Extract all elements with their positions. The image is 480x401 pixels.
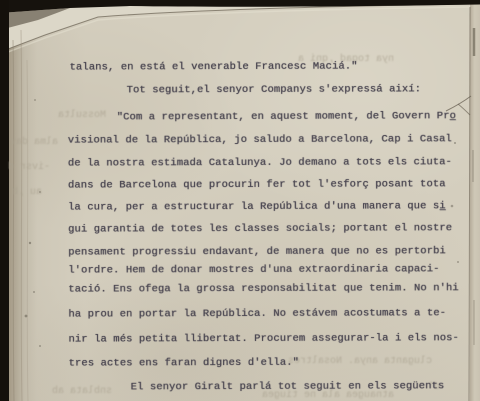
typed-line: tació. Ens ofega la grossa responsabilit… bbox=[68, 282, 459, 295]
typed-line: pensament progressiu endavant, de manera… bbox=[68, 245, 446, 258]
typed-line: tres actes ens faran dignes d'ella." bbox=[69, 357, 299, 370]
typed-line: El senyor Giralt parlá tot seguit en els… bbox=[131, 380, 445, 393]
typed-line: nir la més petita llibertat. Procurem as… bbox=[68, 332, 459, 345]
typed-line: visional de la República, jo saludo a Ba… bbox=[68, 133, 452, 146]
typed-line: de la nostra estimada Catalunya. Jo dema… bbox=[68, 156, 452, 169]
typed-line: gui garantia de totes les classes social… bbox=[68, 222, 452, 235]
typewritten-text-block: talans, en está el venerable Francesc Ma… bbox=[0, 0, 480, 401]
scanned-document-page: nya togad ,qni a Mossulta alma dav -ivsr… bbox=[0, 0, 480, 401]
typed-line: talans, en está el venerable Francesc Ma… bbox=[70, 61, 358, 74]
typed-line: la cura, per a estructurar la República … bbox=[68, 200, 446, 213]
typed-line: Tot seguit,el senyor Companys s'expressá… bbox=[127, 83, 421, 96]
typed-line: l'ordre. Hem de donar mostres d'una extr… bbox=[68, 263, 439, 276]
typed-line: dans de Barcelona que procurin fer tot l… bbox=[68, 178, 446, 191]
typed-line: ha prou en portar la República. No estáv… bbox=[68, 307, 446, 320]
typed-line: "Com a representant, en aquest moment, d… bbox=[117, 110, 456, 123]
